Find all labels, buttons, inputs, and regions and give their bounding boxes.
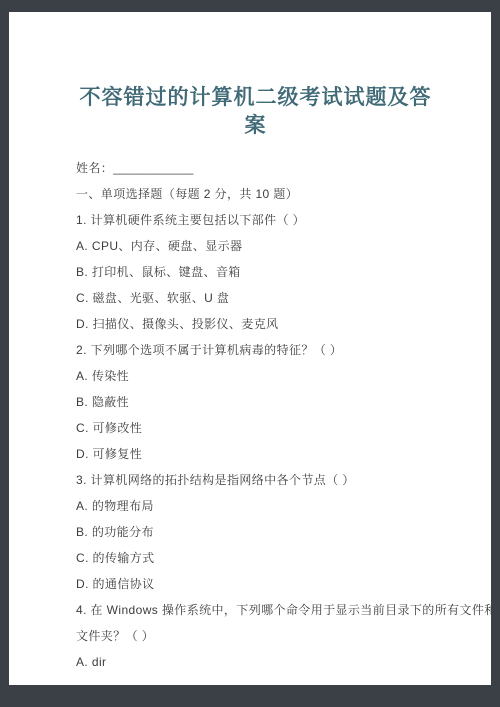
name-field-row: 姓名：____________ bbox=[76, 155, 435, 181]
question-option: B. 打印机、鼠标、键盘、音箱 bbox=[76, 259, 435, 285]
question-stem: 3. 计算机网络的拓扑结构是指网络中各个节点（ ） bbox=[76, 467, 435, 493]
document-page: 不容错过的计算机二级考试试题及答案 姓名：____________ 一、单项选择… bbox=[0, 0, 500, 707]
question-option: C. 的传输方式 bbox=[76, 545, 435, 571]
name-blank-line: ____________ bbox=[113, 161, 193, 175]
question-stem: 1. 计算机硬件系统主要包括以下部件（ ） bbox=[76, 207, 435, 233]
question-option: C. 可修改性 bbox=[76, 415, 435, 441]
question-block-2: 2. 下列哪个选项不属于计算机病毒的特征？（ ） A. 传染性 B. 隐蔽性 C… bbox=[76, 337, 435, 467]
question-option: D. 可修复性 bbox=[76, 441, 435, 467]
document-content: 不容错过的计算机二级考试试题及答案 姓名：____________ 一、单项选择… bbox=[9, 84, 491, 675]
question-option: A. 的物理布局 bbox=[76, 493, 435, 519]
question-option: D. 扫描仪、摄像头、投影仪、麦克风 bbox=[76, 311, 435, 337]
question-option: B. 隐蔽性 bbox=[76, 389, 435, 415]
question-option: A. CPU、内存、硬盘、显示器 bbox=[76, 233, 435, 259]
question-option: A. dir bbox=[76, 649, 435, 675]
question-option: A. 传染性 bbox=[76, 363, 435, 389]
document-title: 不容错过的计算机二级考试试题及答案 bbox=[76, 84, 435, 140]
section-heading: 一、单项选择题（每题 2 分，共 10 题） bbox=[76, 181, 435, 207]
question-option: D. 的通信协议 bbox=[76, 571, 435, 597]
question-option: C. 磁盘、光驱、软驱、U 盘 bbox=[76, 285, 435, 311]
name-label: 姓名： bbox=[76, 161, 113, 175]
document-body: 姓名：____________ 一、单项选择题（每题 2 分，共 10 题） 1… bbox=[76, 155, 435, 675]
question-block-3: 3. 计算机网络的拓扑结构是指网络中各个节点（ ） A. 的物理布局 B. 的功… bbox=[76, 467, 435, 597]
question-stem: 4. 在 Windows 操作系统中，下列哪个命令用于显示当前目录下的所有文件和 bbox=[76, 597, 435, 623]
question-block-1: 1. 计算机硬件系统主要包括以下部件（ ） A. CPU、内存、硬盘、显示器 B… bbox=[76, 207, 435, 337]
question-option: B. 的功能分布 bbox=[76, 519, 435, 545]
question-block-4: 4. 在 Windows 操作系统中，下列哪个命令用于显示当前目录下的所有文件和… bbox=[76, 597, 435, 675]
question-stem: 2. 下列哪个选项不属于计算机病毒的特征？（ ） bbox=[76, 337, 435, 363]
question-stem-continued: 文件夹？（ ） bbox=[76, 623, 435, 649]
